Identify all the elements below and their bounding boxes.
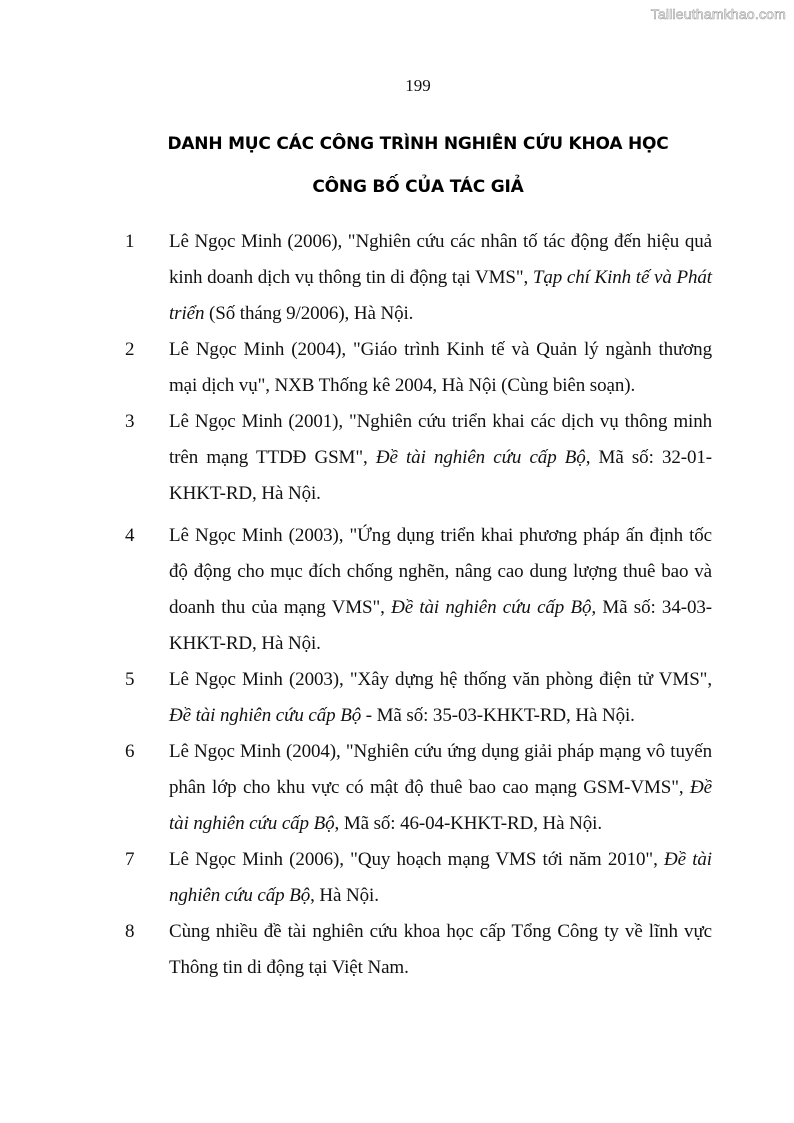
publication-item: 3Lê Ngọc Minh (2001), "Nghiên cứu triển … [0,404,794,512]
publication-number: 6 [125,734,135,770]
publication-number: 4 [125,518,135,554]
publication-text-segment: , Hà Nội. [310,885,379,906]
publication-item: 2Lê Ngọc Minh (2004), "Giáo trình Kinh t… [0,332,794,404]
publication-item: 1Lê Ngọc Minh (2006), "Nghiên cứu các nh… [0,224,794,332]
publication-number: 7 [125,842,135,878]
publication-item: 4Lê Ngọc Minh (2003), "Ứng dụng triển kh… [0,518,794,662]
page-title-line-1: DANH MỤC CÁC CÔNG TRÌNH NGHIÊN CỨU KHOA … [0,134,794,154]
publication-number: 5 [125,662,135,698]
publication-text: Lê Ngọc Minh (2004), "Giáo trình Kinh tế… [169,332,712,404]
publication-number: 1 [125,224,135,260]
publication-item: 6Lê Ngọc Minh (2004), "Nghiên cứu ứng dụ… [0,734,794,842]
publication-text-segment: Lê Ngọc Minh (2003), "Xây dựng hệ thống … [169,669,712,690]
publication-text: Lê Ngọc Minh (2003), "Xây dựng hệ thống … [169,662,712,734]
publication-text-segment: Lê Ngọc Minh (2006), "Quy hoạch mạng VMS… [169,849,664,870]
publication-list: 1Lê Ngọc Minh (2006), "Nghiên cứu các nh… [0,224,794,986]
publication-number: 3 [125,404,135,440]
publication-text: Lê Ngọc Minh (2003), "Ứng dụng triển kha… [169,518,712,662]
page-number: 199 [0,76,794,96]
publication-venue: Đề tài nghiên cứu cấp Bộ, [391,597,596,618]
publication-text-segment: Cùng nhiều đề tài nghiên cứu khoa học cấ… [169,921,712,978]
watermark: Tailieuthamkhao.com [651,6,786,22]
publication-item: 5Lê Ngọc Minh (2003), "Xây dựng hệ thống… [0,662,794,734]
publication-text: Lê Ngọc Minh (2001), "Nghiên cứu triển k… [169,404,712,512]
publication-text-segment: (Số tháng 9/2006), Hà Nội. [204,303,413,324]
publication-text-segment: Lê Ngọc Minh (2004), "Giáo trình Kinh tế… [169,339,712,396]
publication-item: 8Cùng nhiều đề tài nghiên cứu khoa học c… [0,914,794,986]
publication-text: Lê Ngọc Minh (2006), "Quy hoạch mạng VMS… [169,842,712,914]
publication-item: 7Lê Ngọc Minh (2006), "Quy hoạch mạng VM… [0,842,794,914]
publication-text-segment: - Mã số: 35-03-KHKT-RD, Hà Nội. [361,705,635,726]
page-title-line-2: CÔNG BỐ CỦA TÁC GIẢ [0,177,794,197]
publication-text: Lê Ngọc Minh (2004), "Nghiên cứu ứng dụn… [169,734,712,842]
publication-text: Cùng nhiều đề tài nghiên cứu khoa học cấ… [169,914,712,986]
publication-text-segment: Lê Ngọc Minh (2004), "Nghiên cứu ứng dụn… [169,741,712,798]
publication-text-segment: , Mã số: 46-04-KHKT-RD, Hà Nội. [335,813,602,834]
publication-venue: Đề tài nghiên cứu cấp Bộ [376,447,586,468]
publication-venue: Đề tài nghiên cứu cấp Bộ [169,705,361,726]
publication-text: Lê Ngọc Minh (2006), "Nghiên cứu các nhâ… [169,224,712,332]
publication-number: 2 [125,332,135,368]
publication-number: 8 [125,914,135,950]
